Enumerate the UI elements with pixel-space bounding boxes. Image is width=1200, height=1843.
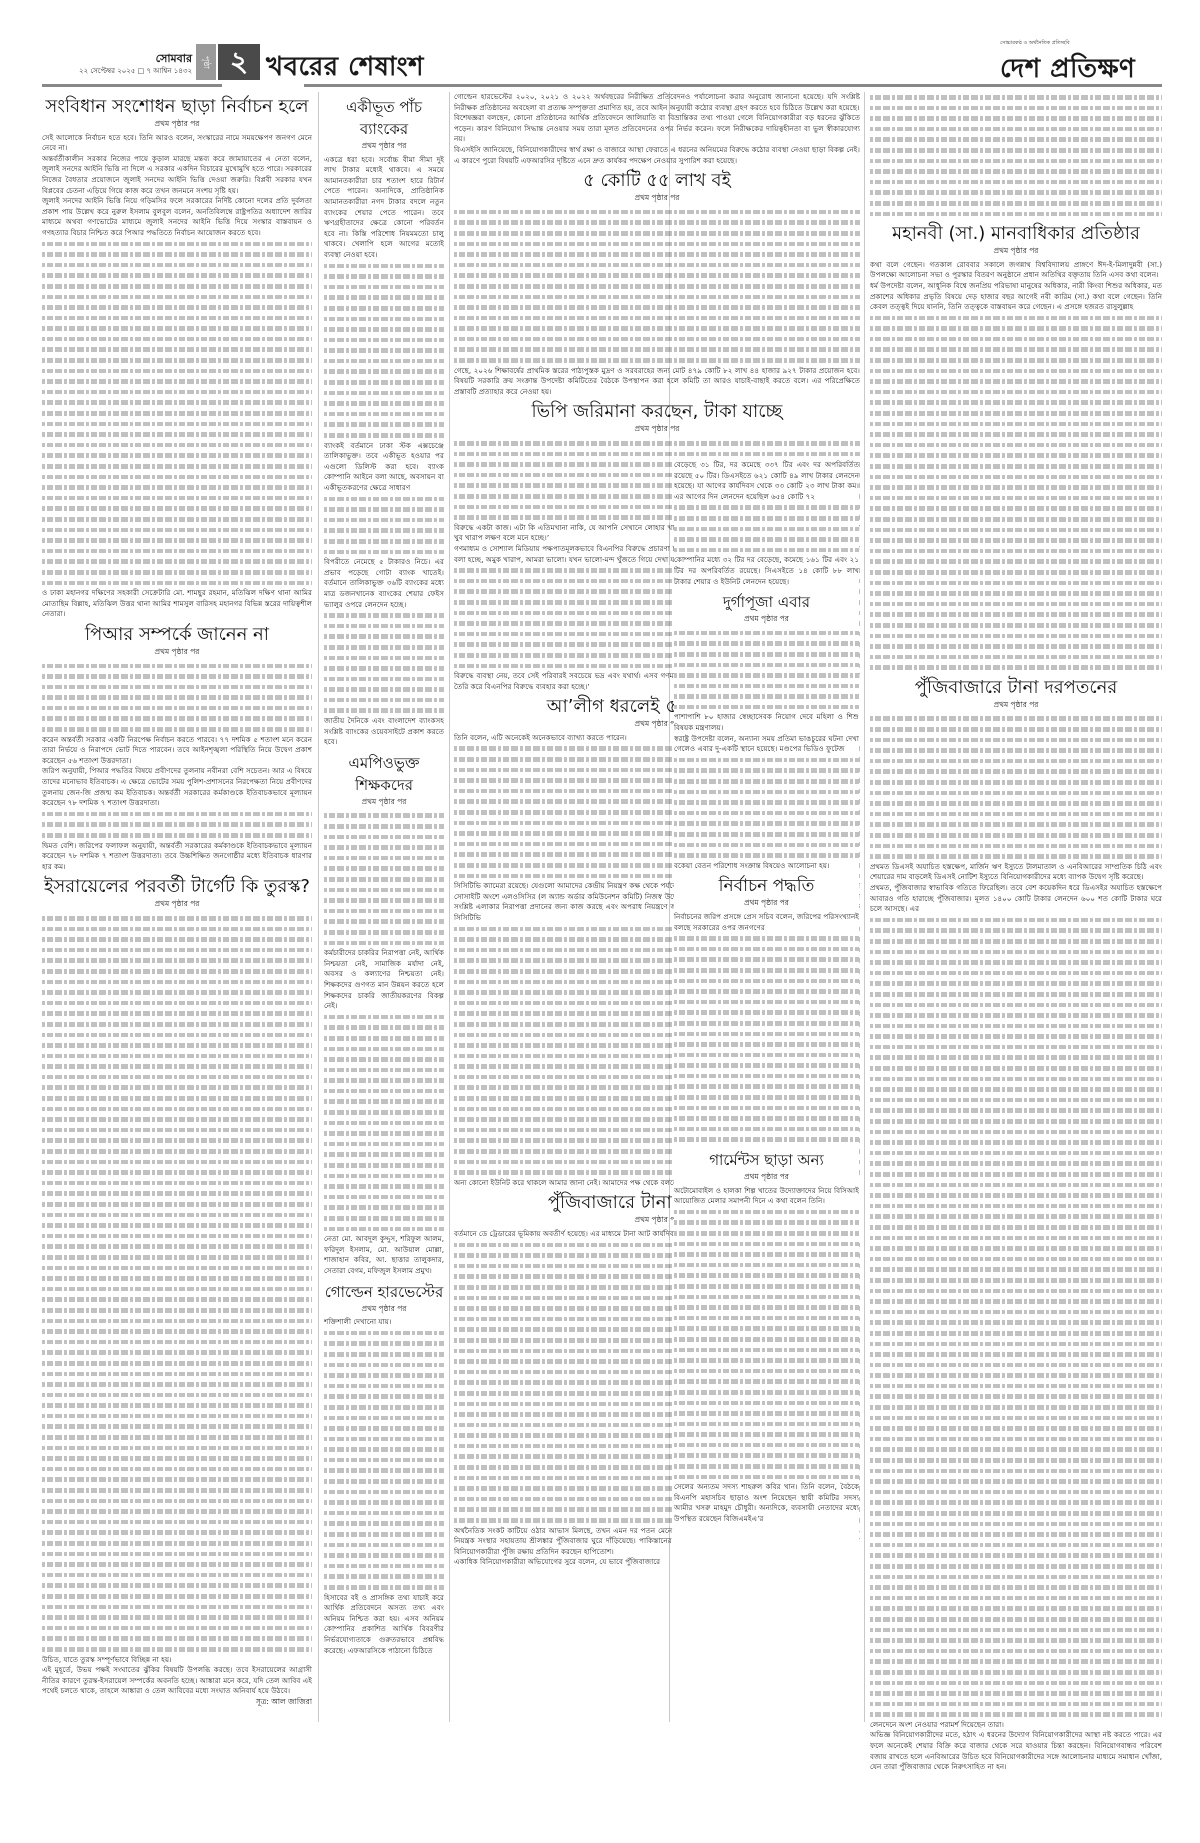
unreadable-text-line [870,313,1162,324]
unreadable-text-line [42,1178,312,1189]
unreadable-text-line [42,913,312,924]
unreadable-text-line [870,620,1162,631]
unreadable-text-line [324,366,444,377]
unreadable-text-line [324,1096,444,1107]
column-1: সংবিধান সংশোধন ছাড়া নির্বাচন হলে প্রথম … [42,92,312,1812]
headline[interactable]: ভিপি জরিমানা করছেন, টাকা যাচ্ছে [454,401,860,423]
unreadable-text-line [870,472,1162,483]
unreadable-text-line [674,1472,859,1483]
unreadable-text-line [42,1379,312,1390]
unreadable-text-line [870,525,1162,536]
unreadable-text-line [42,1464,312,1475]
masthead-rule-right [304,84,1162,87]
headline[interactable]: ইসরায়েলের পরবর্তী টার্গেট কি তুরস্ক? [42,876,312,898]
unreadable-text-line [42,1040,312,1051]
article-paragraph: কথা বলে গেছেন। গতকাল রোববার সকালে জগন্না… [870,260,1162,281]
unreadable-text-line [674,1281,859,1292]
unreadable-text-line [870,503,1162,514]
unreadable-text-line [870,177,1162,188]
unreadable-text-line [870,777,1162,788]
unreadable-text-line [324,1128,444,1139]
unreadable-text-line [870,830,1162,841]
unreadable-text-line [870,1349,1162,1360]
unreadable-text-line [870,1084,1162,1095]
unreadable-text-line [674,840,859,851]
unreadable-text-line [42,472,312,483]
unreadable-text-line [870,1339,1162,1350]
article-banks: একীভূত পাঁচ ব্যাংকের প্রথম পৃষ্ঠার পর এক… [324,96,444,748]
unreadable-text-line [324,1444,444,1455]
continued-label: প্রথম পৃষ্ঠার পর [674,1172,859,1183]
unreadable-text-line [324,536,444,547]
unreadable-text-line [324,1338,444,1349]
unreadable-text-line [870,1264,1162,1275]
article-market-data: বেড়েছে ৩১ টির, দর কমেছে ৩৩৭ টির এবং দর … [674,460,859,587]
unreadable-text-line [870,387,1162,398]
unreadable-text-line [324,1391,444,1402]
unreadable-text-line [674,1345,859,1356]
continued-label: প্রথম পৃষ্ঠার পর [42,647,312,658]
unreadable-text-line [42,1093,312,1104]
unreadable-text-line [324,1139,444,1150]
unreadable-text-line [674,545,859,556]
unreadable-text-line [674,1419,859,1430]
unreadable-text-line [42,1358,312,1369]
unreadable-text-line [324,885,444,896]
unreadable-text-line [324,663,444,674]
unreadable-text-line [324,292,444,303]
unreadable-text-line [42,1644,312,1655]
unreadable-text-line [324,842,444,853]
unreadable-text-line [324,1171,444,1182]
unreadable-text-line [42,1157,312,1168]
article-mpo-teachers: এমপিওভুক্ত শিক্ষকদের প্রথম পৃষ্ঠার পর কর… [324,752,444,1277]
unreadable-text-line [42,1411,312,1422]
unreadable-text-line [674,1018,859,1029]
article-israel: ইসরায়েলের পরবর্তী টার্গেট কি তুরস্ক? প্… [42,876,312,1707]
unreadable-text-line [870,1593,1162,1604]
article-paragraph: বিএসইসি জানিয়েছে, বিনিয়োগকারীদের স্বার… [454,145,860,166]
unreadable-text-line [42,1453,312,1464]
article-paragraph: অটোমোবাইল ও হালকা শিল্প খাতের উদ্যোক্তাদ… [674,1186,859,1207]
unreadable-text-line [454,302,860,313]
unreadable-text-line [454,217,860,228]
article-constitution: সংবিধান সংশোধন ছাড়া নির্বাচন হলে প্রথম … [42,96,312,620]
unreadable-text-line [324,335,444,346]
unreadable-text-line [324,821,444,832]
unreadable-text-line [674,1334,859,1345]
unreadable-text-line [324,419,444,430]
unreadable-text-line [870,1444,1162,1455]
unreadable-text-line [870,1148,1162,1159]
unreadable-text-line [42,419,312,430]
unreadable-text-line [324,705,444,716]
unreadable-text-line [870,1052,1162,1063]
unreadable-text-line [454,449,860,460]
unreadable-text-line [42,1294,312,1305]
unreadable-text-line [870,1328,1162,1339]
unreadable-text-line [870,1296,1162,1307]
unreadable-text-line [870,556,1162,567]
unreadable-text-line [870,745,1162,756]
unreadable-text-line [870,1286,1162,1297]
unreadable-text-line [42,1241,312,1252]
unreadable-text-line [324,1540,444,1551]
article-paragraph: করেন অন্তর্বর্তী সরকার একটি নিরপেক্ষ নির… [42,735,312,767]
unreadable-text-line [42,578,312,589]
unreadable-text-line [674,1007,859,1018]
unreadable-text-line [674,1429,859,1440]
article-paragraph: পাশাপাশি ৮০ হাজার স্বেচ্ছাসেবক নিয়োগ দে… [674,712,859,733]
unreadable-text-line [42,270,312,281]
unreadable-text-line [870,113,1162,124]
unreadable-text-line [324,927,444,938]
unreadable-text-line [454,323,860,334]
unreadable-text-line [324,1434,444,1445]
continued-label: প্রথম পৃষ্ঠার পর [42,899,312,910]
unreadable-text-line [870,1063,1162,1074]
unreadable-text-line [42,1369,312,1380]
unreadable-text-line [870,344,1162,355]
unreadable-text-line [674,997,859,1008]
unreadable-text-line [870,1211,1162,1222]
column-divider [864,92,865,1722]
headline[interactable]: নির্বাচন পদ্ধতি [674,875,859,897]
unreadable-text-line [42,1072,312,1083]
article-paragraph: এই মুহূর্তে, উভয় পক্ষই সংঘাতের ঝুঁকির ব… [42,1665,312,1697]
unreadable-text-line [42,1019,312,1030]
unreadable-text-line [42,292,312,303]
unreadable-text-line [42,1337,312,1348]
unreadable-text-line [870,631,1162,642]
unreadable-text-line [324,1213,444,1224]
unreadable-text-line [674,1323,859,1334]
unreadable-text-line [324,810,444,821]
unreadable-text-line [870,599,1162,610]
unreadable-text-line [42,682,312,693]
article-paragraph: গোল্ডেন হারভেস্টের ২০২০, ২০২১ ও ২০২২ অর্… [454,92,860,113]
unreadable-text-line [870,989,1162,1000]
issue-date: ২২ সেপ্টেম্বর ২০২৫ □ ৭ আশ্বিন ১৪৩২ [40,65,192,77]
unreadable-text-line [454,260,860,271]
unreadable-text-line [454,313,860,324]
unreadable-text-line [870,166,1162,177]
unreadable-text-line [870,1656,1162,1667]
article-paragraph: হিসাবের বই ও প্রাসঙ্গিক তথ্য যাচাই করে আ… [324,1593,444,1657]
unreadable-text-line [42,1220,312,1231]
unreadable-text-line [42,239,312,250]
unreadable-text-line [42,344,312,355]
unreadable-text-line [324,324,444,335]
unreadable-text-line [870,1519,1162,1530]
unreadable-text-line [324,398,444,409]
unreadable-text-line [674,1103,859,1114]
unreadable-text-line [324,1033,444,1044]
unreadable-text-line [42,556,312,567]
unreadable-text-line [870,1095,1162,1106]
unreadable-text-line [870,1158,1162,1169]
unreadable-text-line [870,1180,1162,1191]
unreadable-text-line [870,588,1162,599]
headline[interactable]: এমপিওভুক্ত শিক্ষকদের [324,752,444,796]
unreadable-text-line [870,1105,1162,1116]
unreadable-text-line [870,1127,1162,1138]
unreadable-text-line [870,124,1162,135]
unreadable-text-line [324,547,444,558]
unreadable-text-line [870,1603,1162,1614]
continued-label: প্রথম পৃষ্ঠার পর [42,119,312,130]
unreadable-text-line [42,376,312,387]
article-golden-harvest-continued: গোল্ডেন হারভেস্টের ২০২০, ২০২১ ও ২০২২ অর্… [454,92,860,166]
unreadable-text-line [324,695,444,706]
unreadable-text-line [42,1612,312,1623]
unreadable-text-line [674,670,859,681]
article-paragraph: বিপরীতে নেমেছে ৫ টাকারও নিচে। এর প্রভাব … [324,557,444,610]
unreadable-text-line [674,681,859,692]
unreadable-text-line [42,1485,312,1496]
article-election-method: নির্বাচন পদ্ধতি প্রথম পৃষ্ঠার পর নির্বাচ… [674,875,859,1145]
unreadable-text-line [870,766,1162,777]
headline[interactable]: ৫ কোটি ৫৫ লাখ বই [454,170,860,192]
unreadable-text-line [324,895,444,906]
masthead-rule-left [42,84,222,87]
unreadable-text-line [42,1008,312,1019]
unreadable-text-line [870,968,1162,979]
unreadable-text-line [42,1623,312,1634]
unreadable-text-line [42,440,312,451]
unreadable-text-line [42,1496,312,1507]
unreadable-text-line [870,1497,1162,1508]
unreadable-text-line [42,998,312,1009]
unreadable-text-line [42,1602,312,1613]
unreadable-text-line [870,1307,1162,1318]
article-pr: পিআর সম্পর্কে জানেন না প্রথম পৃষ্ঠার পর … [42,624,312,872]
unreadable-text-line [870,1423,1162,1434]
unreadable-text-line [870,1233,1162,1244]
article-capital-market-fall: পুঁজিবাজারে টানা দরপতনের প্রথম পৃষ্ঠার প… [870,677,1162,1773]
unreadable-text-line [870,209,1162,220]
headline[interactable]: সংবিধান সংশোধন ছাড়া নির্বাচন হলে [42,96,312,118]
unreadable-text-line [674,954,859,965]
unreadable-text-line [324,1370,444,1381]
unreadable-text-line [324,853,444,864]
headline[interactable]: গোল্ডেন হারভেস্টের [324,1281,444,1303]
article-paragraph: প্রথমত, পুঁজিবাজার স্বাভাবিক গতিতে ফিরেছ… [870,883,1162,915]
continued-label: প্রথম পৃষ্ঠার পর [454,193,860,204]
unreadable-text-line [42,1591,312,1602]
unreadable-text-line [870,662,1162,673]
unreadable-text-line [870,609,1162,620]
unreadable-text-line [42,809,312,820]
unreadable-text-line [674,1270,859,1281]
unreadable-text-line [42,945,312,956]
unreadable-text-line [324,1118,444,1129]
unreadable-text-line [324,282,444,293]
article-paragraph: জরিপ অনুযায়ী, পিআর পদ্ধতির বিষয়ে প্রবী… [42,766,312,808]
unreadable-text-line [42,977,312,988]
unreadable-text-line [870,461,1162,472]
unreadable-text-line [870,334,1162,345]
headline[interactable]: দুর্গাপূজা এবার [674,591,859,613]
unreadable-text-line [674,986,859,997]
continued-label: প্রথম পৃষ্ঠার পর [324,797,444,808]
unreadable-text-line [870,1116,1162,1127]
unreadable-text-line [324,303,444,314]
unreadable-text-line [324,1349,444,1360]
unreadable-text-line [42,1326,312,1337]
unreadable-text-line [42,1146,312,1157]
unreadable-text-line [870,1476,1162,1487]
unreadable-text-line [870,1201,1162,1212]
unreadable-text-line [870,1137,1162,1148]
headline[interactable]: মহানবী (সা.) মানবাধিকার প্রতিষ্ঠার [870,223,1162,245]
unreadable-text-line [42,1167,312,1178]
unreadable-text-line [324,653,444,664]
unreadable-text-line [42,661,312,672]
unreadable-text-line [42,567,312,578]
unreadable-text-line [42,313,312,324]
masthead: সোমবার ২২ সেপ্টেম্বর ২০২৫ □ ৭ আশ্বিন ১৪৩… [0,0,1200,80]
unreadable-text-line [674,1092,859,1103]
unreadable-text-line [674,797,859,808]
unreadable-text-line [870,1190,1162,1201]
unreadable-text-line [674,808,859,819]
unreadable-text-line [42,671,312,682]
unreadable-text-line [454,207,860,218]
headline[interactable]: একীভূত পাঁচ ব্যাংকের [324,96,444,140]
unreadable-text-line [42,1443,312,1454]
unreadable-text-line [42,1633,312,1644]
unreadable-text-line [42,1305,312,1316]
unreadable-text-line [674,1207,859,1218]
unreadable-text-line [42,1580,312,1591]
unreadable-text-line [674,691,859,702]
unreadable-text-line [324,1381,444,1392]
unreadable-text-line [870,187,1162,198]
unreadable-text-line [324,1423,444,1434]
unreadable-text-line [324,832,444,843]
unreadable-text-line [324,1107,444,1118]
unreadable-text-line [454,249,860,260]
unreadable-text-line [870,1021,1162,1032]
unreadable-text-line [324,938,444,949]
unreadable-text-line [870,947,1162,958]
unreadable-text-line [324,906,444,917]
unreadable-text-line [674,829,859,840]
unreadable-text-line [324,610,444,621]
unreadable-text-line [42,260,312,271]
headline[interactable]: পিআর সম্পর্কে জানেন না [42,624,312,646]
unreadable-text-line [454,292,860,303]
unreadable-text-line [870,450,1162,461]
unreadable-text-line [870,535,1162,546]
article-paragraph: উচিত, যাতে তুরস্ক সম্পূর্ণভাবে বিচ্ছিন্ন… [42,1655,312,1666]
unreadable-text-line [324,314,444,325]
unreadable-text-line [324,504,444,515]
unreadable-text-line [42,924,312,935]
unreadable-text-line [42,302,312,313]
unreadable-text-line [324,1328,444,1339]
unreadable-text-line [674,502,859,513]
unreadable-text-line [324,1561,444,1572]
unreadable-text-line [870,578,1162,589]
unreadable-text-line [42,408,312,419]
article-paragraph: গেছে, ২০২৬ শিক্ষাবর্ষের প্রাথমিক স্তরের … [454,366,860,398]
unreadable-text-line [870,1222,1162,1233]
article-paragraph: নির্বাচনের জরিপ প্রসঙ্গে প্রেস সচিব বলেন… [674,912,859,933]
unreadable-text-line [870,366,1162,377]
unreadable-text-line [870,652,1162,663]
unreadable-text-line [324,515,444,526]
unreadable-text-line [870,1000,1162,1011]
article-paragraph: বকেয়া বেতন পরিশোধ সংক্রান্ত বিষয়েও আলো… [674,861,859,872]
unreadable-text-line [42,546,312,557]
unreadable-text-line [674,1450,859,1461]
unreadable-text-line [870,1561,1162,1572]
unreadable-text-line [324,674,444,685]
newspaper-tagline: সোচ্চারকণ্ঠ ও অর্থনৈতিক প্রতিচ্ছবি [1000,40,1070,48]
unreadable-text-line [870,323,1162,334]
unreadable-text-line [42,987,312,998]
unreadable-text-line [674,628,859,639]
unreadable-text-line [454,334,860,345]
unreadable-text-line [42,1061,312,1072]
unreadable-text-line [674,1071,859,1082]
unreadable-text-line [674,1039,859,1050]
unreadable-text-line [42,493,312,504]
unreadable-text-line [870,1646,1162,1657]
unreadable-text-line [42,692,312,703]
headline[interactable]: পুঁজিবাজারে টানা দরপতনের [870,677,1162,699]
unreadable-text-line [674,1113,859,1124]
article-paragraph: স্বরাষ্ট্র উপদেষ্টা বলেন, অন্যান্য সময় … [674,734,859,755]
unreadable-text-line [870,355,1162,366]
unreadable-text-line [674,776,859,787]
unreadable-text-line [870,1434,1162,1445]
unreadable-text-line [870,1625,1162,1636]
unreadable-text-line [870,1413,1162,1424]
unreadable-text-line [674,1260,859,1271]
unreadable-text-line [454,344,860,355]
unreadable-text-line [324,1160,444,1171]
unreadable-text-line [870,1042,1162,1053]
article-paragraph: ব্যাংকই বর্তমানে ঢাকা স্টক এক্সচেঞ্জে তা… [324,441,444,494]
unreadable-text-line [324,1402,444,1413]
article-paragraph: নেতা মো. আবদুল কুদ্দুস, শরিফুল আলম, ফরিদ… [324,1234,444,1276]
unreadable-text-line [674,638,859,649]
continued-label: প্রথম পৃষ্ঠার পর [674,614,859,625]
unreadable-text-line [324,388,444,399]
unreadable-text-line [324,1224,444,1235]
unreadable-text-line [42,1051,312,1062]
unreadable-text-line [42,1104,312,1115]
article-durga-puja: দুর্গাপূজা এবার প্রথম পৃষ্ঠার পর পাশাপাশ… [674,591,859,871]
continued-label: প্রথম পৃষ্ঠার পর [324,141,444,152]
unreadable-text-line [324,1413,444,1424]
unreadable-text-line [870,1370,1162,1381]
article-paragraph: ধর্ম উপদেষ্টা বলেন, আধুনিক বিশ্বে জনপ্রি… [870,281,1162,313]
unreadable-text-line [674,1081,859,1092]
unreadable-text-line [42,1390,312,1401]
unreadable-text-line [42,703,312,714]
unreadable-text-line [324,1571,444,1582]
unreadable-text-line [324,1149,444,1160]
unreadable-text-line [870,1169,1162,1180]
unreadable-text-line [42,525,312,536]
unreadable-text-line [42,1506,312,1517]
headline[interactable]: গার্মেন্টস ছাড়া অন্য [674,1149,859,1171]
unreadable-text-line [870,376,1162,387]
